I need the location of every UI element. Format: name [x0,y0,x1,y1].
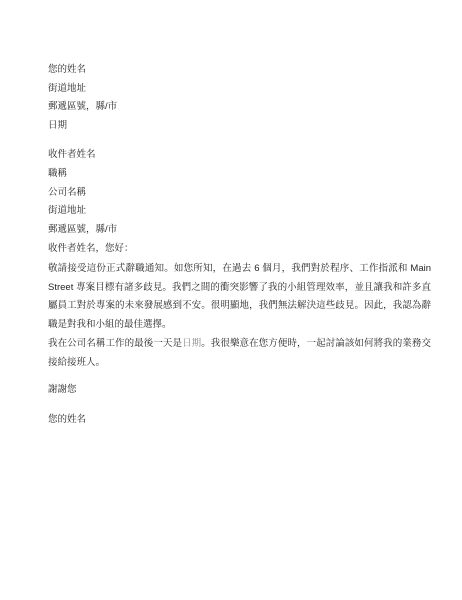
date-placeholder: 日期 [182,338,201,349]
sender-city-postal: 郵遞區號，縣/市 [48,98,431,117]
signature-name: 您的姓名 [48,411,431,430]
paragraph-2-text-before: 我在公司名稱工作的最後一天是 [48,338,182,349]
closing-thanks: 謝謝您 [48,381,431,400]
salutation: 收件者姓名，您好： [48,240,431,259]
recipient-block: 收件者姓名 職稱 公司名稱 街道地址 郵遞區號，縣/市 [48,146,431,239]
recipient-street-address: 街道地址 [48,202,431,221]
recipient-city-postal: 郵遞區號，縣/市 [48,221,431,240]
sender-street-address: 街道地址 [48,80,431,99]
recipient-company-name: 公司名稱 [48,184,431,203]
body-paragraph-1: 敬請接受這份正式辭職通知。如您所知，在過去 6 個月，我們對於程序、工作指派和 … [48,260,431,334]
sender-block: 您的姓名 街道地址 郵遞區號，縣/市 日期 [48,61,431,135]
sender-name: 您的姓名 [48,61,431,80]
letter-page: 您的姓名 街道地址 郵遞區號，縣/市 日期 收件者姓名 職稱 公司名稱 街道地址… [0,0,462,600]
recipient-name: 收件者姓名 [48,146,431,165]
letter-date: 日期 [48,117,431,136]
body-paragraph-2: 我在公司名稱工作的最後一天是日期。我很樂意在您方便時，一起討論該如何將我的業務交… [48,335,431,372]
recipient-job-title: 職稱 [48,165,431,184]
